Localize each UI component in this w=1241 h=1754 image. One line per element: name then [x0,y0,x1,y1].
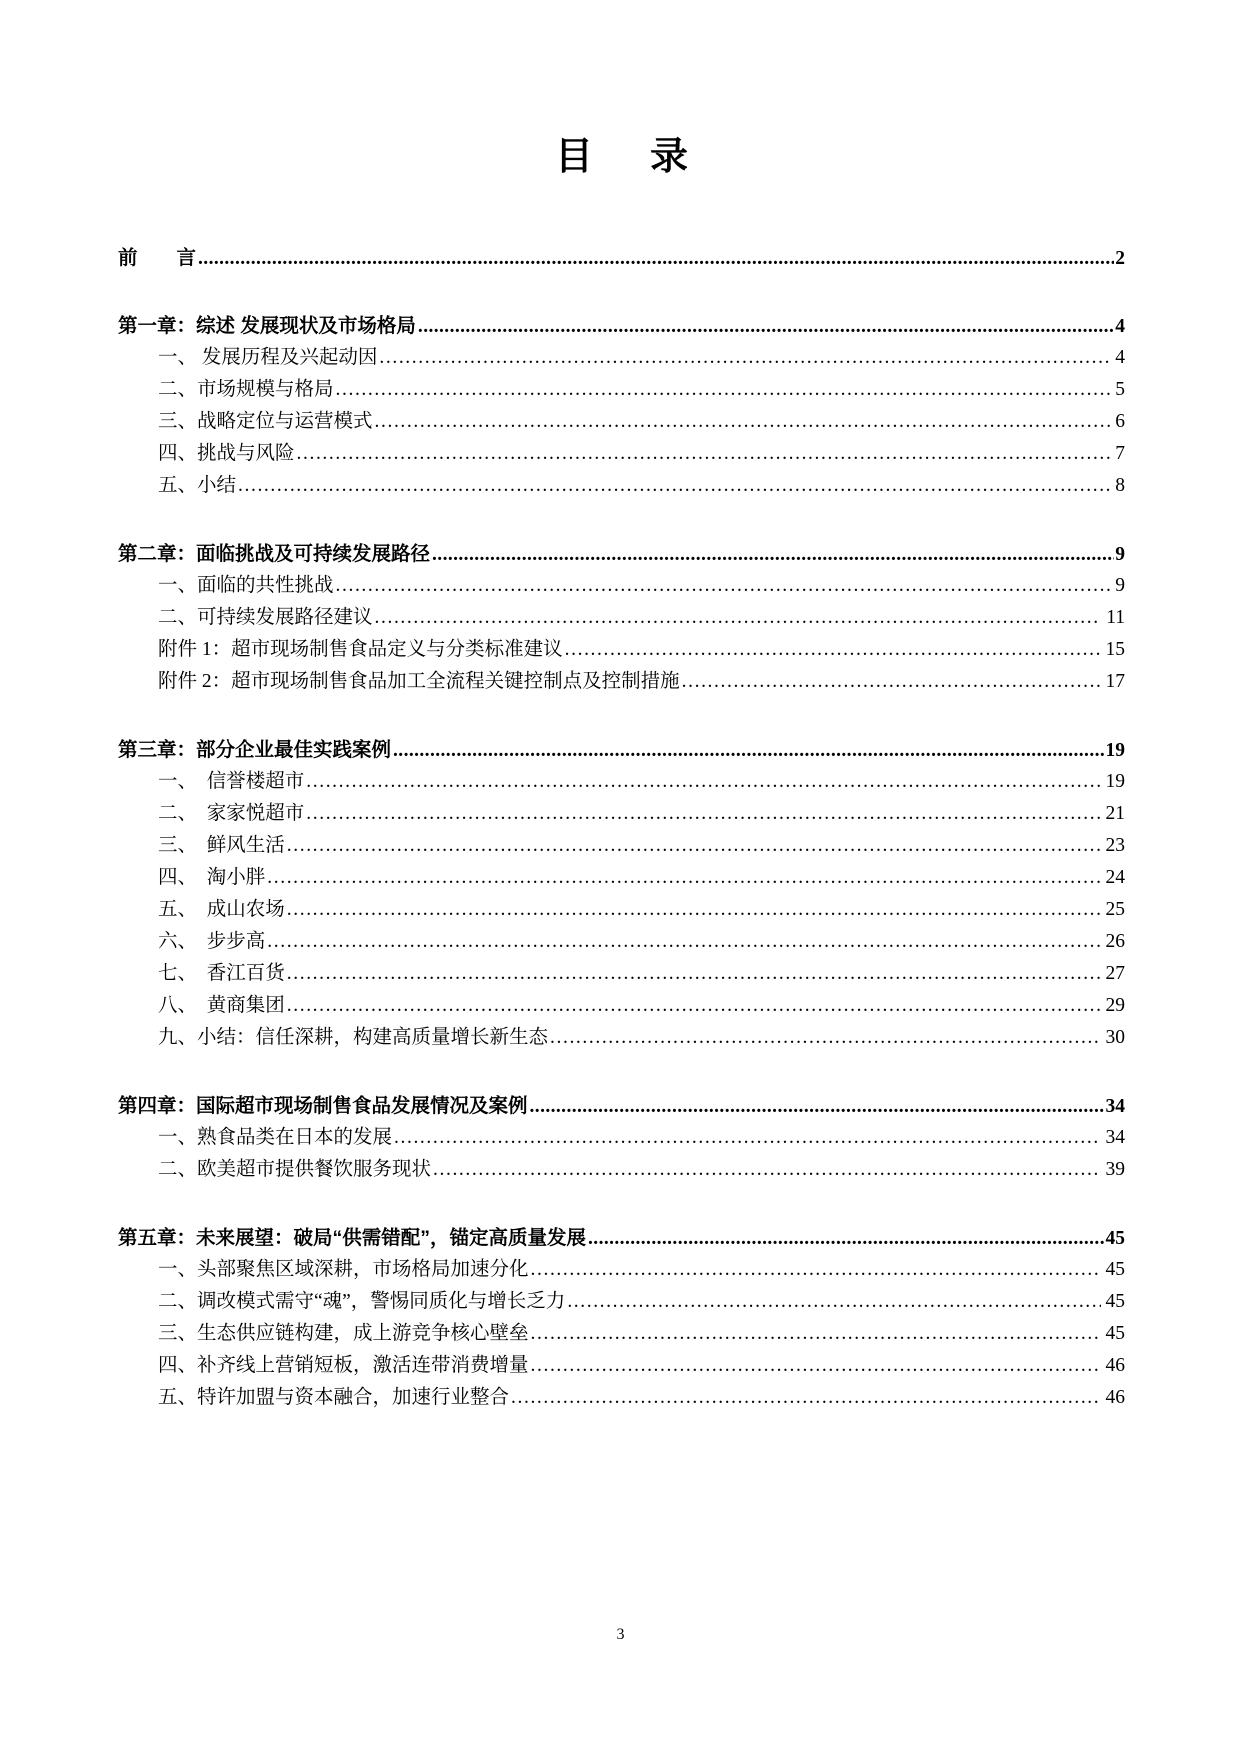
toc-leader-dots: ........................................… [531,1318,1101,1350]
toc-entry-page: 6 [1115,406,1125,438]
toc-entry-label: 四、补齐线上营销短板，激活连带消费增量 [158,1350,529,1382]
toc-entry-page: 24 [1106,862,1126,894]
toc-leader-dots: ........................................… [287,958,1101,990]
toc-leader-dots: ........................................… [531,1350,1101,1382]
toc-entry-page: 45 [1106,1286,1126,1318]
toc-leader-dots: ........................................… [567,1286,1100,1318]
toc-entry-page: 19 [1106,735,1126,766]
toc-entry-page: 45 [1106,1223,1126,1254]
toc-entry[interactable]: 五、 成山农场 ................................… [118,894,1125,926]
toc-entry[interactable]: 二、可持续发展路径建议 ............................… [118,602,1125,634]
toc-leader-dots: ........................................… [297,438,1111,470]
toc-entry[interactable]: 七、 香江百货 ................................… [118,958,1125,990]
toc-entry[interactable]: 五、小结 ...................................… [118,470,1125,502]
toc-entry-page: 4 [1115,311,1125,342]
toc-entry-label: 第二章：面临挑战及可持续发展路径 [118,538,430,570]
toc-entry[interactable]: 四、 淘小胖 .................................… [118,862,1125,894]
toc-leader-dots: ........................................… [393,735,1104,766]
toc-entry-label: 前 言 [118,242,196,274]
toc-leader-dots: ........................................… [238,470,1110,502]
toc-leader-dots: ........................................… [379,342,1110,374]
toc-entry-page: 19 [1106,766,1126,798]
toc-leader-dots: ........................................… [418,311,1114,342]
toc-entry-label: 附件 2：超市现场制售食品加工全流程关键控制点及控制措施 [158,666,680,698]
toc-entry[interactable]: 第三章：部分企业最佳实践案例 .........................… [118,734,1125,766]
toc-entry[interactable]: 一、面临的共性挑战 ..............................… [118,570,1125,602]
toc-entry[interactable]: 八、 黄商集团 ................................… [118,990,1125,1022]
toc-entry[interactable]: 二、 家家悦超市 ...............................… [118,798,1125,830]
toc-list: 前 言 ....................................… [118,242,1125,1414]
toc-entry-label: 第三章：部分企业最佳实践案例 [118,734,391,766]
toc-entry-label: 一、熟食品类在日本的发展 [158,1122,392,1154]
toc-entry-label: 五、小结 [158,470,236,502]
toc-entry[interactable]: 一、熟食品类在日本的发展 ...........................… [118,1122,1125,1154]
toc-entry[interactable]: 一、 信誉楼超市 ...............................… [118,766,1125,798]
toc-entry-page: 29 [1106,990,1126,1022]
toc-entry[interactable]: 第一章：综述 发展现状及市场格局 .......................… [118,310,1125,342]
toc-leader-dots: ........................................… [394,1122,1100,1154]
toc-leader-dots: ........................................… [588,1223,1104,1254]
toc-entry-page: 17 [1106,666,1126,698]
toc-leader-dots: ........................................… [287,990,1101,1022]
toc-entry-label: 二、可持续发展路径建议 [158,602,373,634]
toc-entry-page: 45 [1106,1254,1126,1286]
toc-entry[interactable]: 第五章：未来展望：破局“供需错配”，锚定高质量发展 ..............… [118,1222,1125,1254]
toc-entry-page: 7 [1115,438,1125,470]
toc-entry-label: 第四章：国际超市现场制售食品发展情况及案例 [118,1090,528,1122]
toc-entry-page: 11 [1106,602,1125,634]
toc-leader-dots: ........................................… [375,602,1102,634]
toc-entry[interactable]: 第四章：国际超市现场制售食品发展情况及案例 ..................… [118,1090,1125,1122]
toc-leader-dots: ........................................… [267,926,1100,958]
toc-entry-label: 三、 鲜风生活 [158,830,285,862]
toc-entry-label: 四、 淘小胖 [158,862,265,894]
toc-leader-dots: ........................................… [287,830,1101,862]
toc-entry-label: 七、 香江百货 [158,958,285,990]
document-page: 目 录 前 言 ................................… [0,0,1241,1754]
toc-entry-label: 九、小结：信任深耕，构建高质量增长新生态 [158,1022,548,1054]
toc-entry[interactable]: 第二章：面临挑战及可持续发展路径 .......................… [118,538,1125,570]
toc-leader-dots: ........................................… [306,766,1100,798]
toc-entry[interactable]: 二、调改模式需守“魂”，警惕同质化与增长乏力 .................… [118,1286,1125,1318]
toc-entry-label: 八、 黄商集团 [158,990,285,1022]
toc-entry-label: 一、 发展历程及兴起动因 [158,342,377,374]
toc-leader-dots: ........................................… [550,1022,1100,1054]
toc-leader-dots: ........................................… [682,666,1101,698]
toc-entry[interactable]: 二、市场规模与格局 ..............................… [118,374,1125,406]
toc-entry[interactable]: 三、 鲜风生活 ................................… [118,830,1125,862]
toc-leader-dots: ........................................… [433,1154,1100,1186]
toc-entry-label: 三、战略定位与运营模式 [158,406,373,438]
page-title: 目 录 [118,138,1125,176]
toc-entry-page: 5 [1115,374,1125,406]
toc-entry-page: 8 [1115,470,1125,502]
toc-entry-page: 34 [1106,1091,1126,1122]
toc-leader-dots: ........................................… [432,539,1114,570]
toc-entry[interactable]: 一、 发展历程及兴起动因 ...........................… [118,342,1125,374]
toc-entry-page: 26 [1106,926,1126,958]
toc-leader-dots: ........................................… [306,798,1100,830]
page-number-footer: 3 [0,1626,1241,1644]
toc-entry-label: 五、 成山农场 [158,894,285,926]
toc-entry-label: 二、 家家悦超市 [158,798,304,830]
toc-entry-label: 二、欧美超市提供餐饮服务现状 [158,1154,431,1186]
toc-leader-dots: ........................................… [565,634,1101,666]
toc-leader-dots: ........................................… [267,862,1100,894]
toc-entry-label: 三、生态供应链构建，成上游竞争核心壁垒 [158,1318,529,1350]
toc-entry-label: 一、头部聚焦区域深耕，市场格局加速分化 [158,1254,529,1286]
toc-entry[interactable]: 前 言 ....................................… [118,242,1125,274]
toc-entry[interactable]: 一、头部聚焦区域深耕，市场格局加速分化 ....................… [118,1254,1125,1286]
toc-leader-dots: ........................................… [198,243,1114,274]
toc-entry-page: 34 [1106,1122,1126,1154]
toc-entry[interactable]: 六、 步步高 .................................… [118,926,1125,958]
toc-entry-label: 一、面临的共性挑战 [158,570,334,602]
toc-entry[interactable]: 附件 1：超市现场制售食品定义与分类标准建议 .................… [118,634,1125,666]
toc-leader-dots: ........................................… [530,1091,1105,1122]
toc-entry-page: 27 [1106,958,1126,990]
toc-entry-label: 第五章：未来展望：破局“供需错配”，锚定高质量发展 [118,1222,586,1254]
toc-entry-label: 附件 1：超市现场制售食品定义与分类标准建议 [158,634,563,666]
toc-entry[interactable]: 三、生态供应链构建，成上游竞争核心壁垒 ....................… [118,1318,1125,1350]
toc-entry-page: 30 [1106,1022,1126,1054]
toc-entry-label: 一、 信誉楼超市 [158,766,304,798]
toc-entry-page: 9 [1115,539,1125,570]
toc-entry[interactable]: 五、特许加盟与资本融合，加速行业整合 .....................… [118,1382,1125,1414]
toc-entry[interactable]: 三、战略定位与运营模式 ............................… [118,406,1125,438]
toc-entry-page: 2 [1115,243,1125,274]
toc-entry-page: 23 [1106,830,1126,862]
toc-entry-page: 21 [1106,798,1126,830]
toc-entry-page: 4 [1115,342,1125,374]
toc-entry-label: 五、特许加盟与资本融合，加速行业整合 [158,1382,509,1414]
toc-entry[interactable]: 九、小结：信任深耕，构建高质量增长新生态 ...................… [118,1022,1125,1054]
toc-entry-page: 9 [1115,570,1125,602]
toc-leader-dots: ........................................… [531,1254,1101,1286]
toc-leader-dots: ........................................… [511,1382,1100,1414]
toc-entry-page: 15 [1106,634,1126,666]
toc-leader-dots: ........................................… [336,570,1111,602]
toc-leader-dots: ........................................… [287,894,1101,926]
toc-leader-dots: ........................................… [336,374,1111,406]
toc-entry-label: 二、调改模式需守“魂”，警惕同质化与增长乏力 [158,1286,565,1318]
toc-leader-dots: ........................................… [375,406,1111,438]
toc-entry-label: 二、市场规模与格局 [158,374,334,406]
toc-entry[interactable]: 二、欧美超市提供餐饮服务现状 .........................… [118,1154,1125,1186]
toc-entry[interactable]: 附件 2：超市现场制售食品加工全流程关键控制点及控制措施 ...........… [118,666,1125,698]
toc-entry[interactable]: 四、挑战与风险 ................................… [118,438,1125,470]
toc-entry-page: 45 [1106,1318,1126,1350]
toc-entry-page: 25 [1106,894,1126,926]
toc-entry-label: 第一章：综述 发展现状及市场格局 [118,310,416,342]
toc-entry-label: 六、 步步高 [158,926,265,958]
toc-entry-page: 46 [1106,1382,1126,1414]
toc-entry-label: 四、挑战与风险 [158,438,295,470]
toc-entry[interactable]: 四、补齐线上营销短板，激活连带消费增量 ....................… [118,1350,1125,1382]
toc-entry-page: 39 [1106,1154,1126,1186]
toc-entry-page: 46 [1106,1350,1126,1382]
